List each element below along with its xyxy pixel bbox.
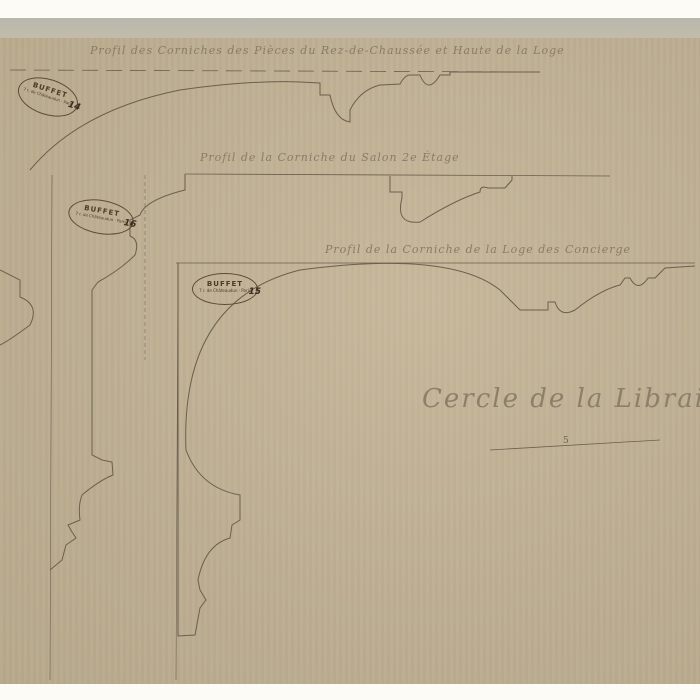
bottom-margin — [0, 684, 700, 700]
top-profile-caption: Profil des Corniches des Pièces du Rez-d… — [90, 44, 565, 57]
stamp-number: 16 — [123, 218, 137, 230]
scale-mark: 5 — [563, 436, 569, 446]
guide-line-1 — [50, 175, 52, 680]
middle-profile-right — [390, 176, 512, 222]
cornice-profiles-drawing — [0, 0, 700, 700]
stamp-number: 15 — [248, 287, 261, 297]
lower-profile-arc — [186, 263, 695, 450]
lower-profile-vertical — [178, 263, 240, 636]
stamp-name: BUFFET — [193, 280, 257, 288]
left-profile-fragment — [0, 270, 33, 345]
middle-profile-top-line — [185, 174, 610, 176]
drawing-title: Cercle de la Librairie — [422, 384, 700, 414]
stamp-address: 7 r. de Châteaudun · Paris — [193, 288, 257, 293]
scale-line — [490, 440, 660, 450]
buffet-stamp-3: BUFFET 7 r. de Châteaudun · Paris 15 — [192, 273, 258, 305]
lower-profile-caption: Profil de la Corniche de la Loge des Con… — [325, 243, 631, 256]
middle-profile-caption: Profil de la Corniche du Salon 2e Étage — [200, 151, 460, 164]
